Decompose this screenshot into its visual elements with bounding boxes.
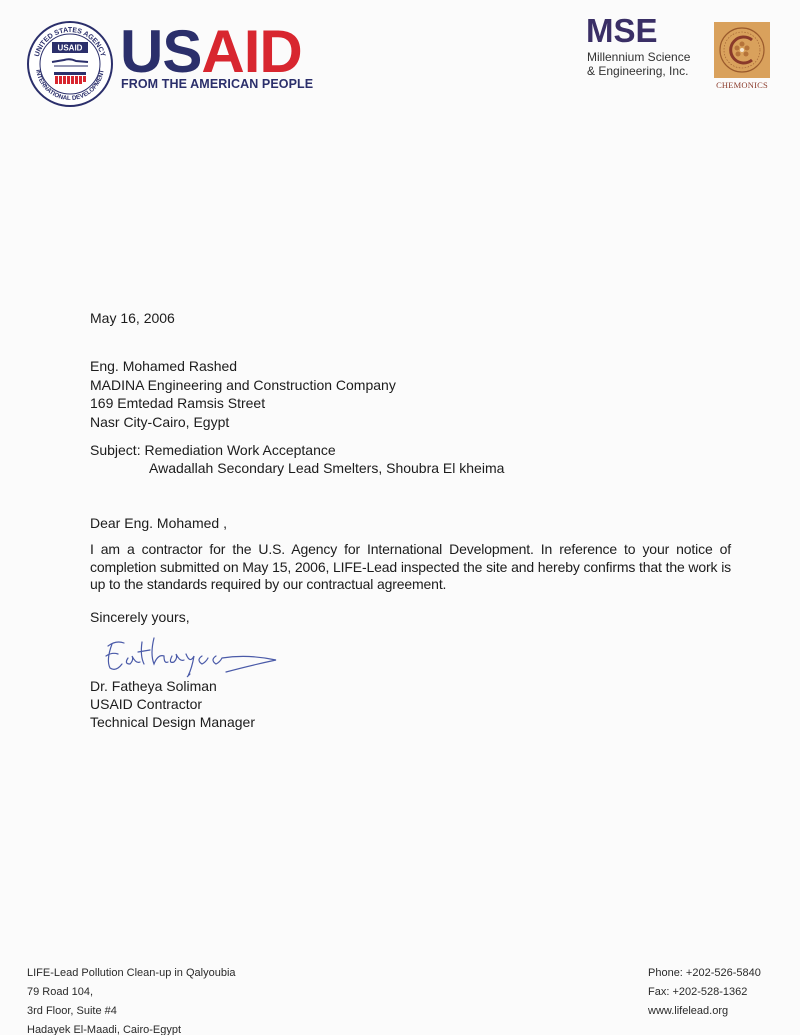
usaid-wordmark: USAID bbox=[120, 22, 302, 82]
usaid-seal-logo: UNITED STATES AGENCY INTERNATIONAL DEVEL… bbox=[26, 20, 114, 108]
footer-address: LIFE-Lead Pollution Clean-up in Qalyoubi… bbox=[27, 964, 236, 1035]
subject-label: Subject: bbox=[90, 442, 141, 458]
footer-org-name: LIFE-Lead Pollution Clean-up in Qalyoubi… bbox=[27, 964, 236, 983]
recipient-company: MADINA Engineering and Construction Comp… bbox=[90, 376, 396, 395]
usaid-tagline: FROM THE AMERICAN PEOPLE bbox=[121, 77, 313, 91]
chemonics-logo-icon bbox=[714, 22, 770, 78]
footer-street: 79 Road 104, bbox=[27, 983, 236, 1002]
signer-block: Dr. Fatheya Soliman USAID Contractor Tec… bbox=[90, 677, 255, 731]
letter-date: May 16, 2006 bbox=[90, 309, 175, 327]
footer-contact: Phone: +202-526-5840 Fax: +202-528-1362 … bbox=[648, 964, 761, 1021]
footer-phone: Phone: +202-526-5840 bbox=[648, 964, 761, 983]
mse-name-line2: & Engineering, Inc. bbox=[587, 64, 688, 78]
mse-wordmark: MSE bbox=[586, 14, 658, 48]
footer-website-link[interactable]: www.lifelead.org bbox=[648, 1002, 761, 1021]
recipient-street: 169 Emtedad Ramsis Street bbox=[90, 394, 396, 413]
mse-name-line1: Millennium Science bbox=[587, 50, 690, 64]
handwritten-signature bbox=[98, 634, 283, 680]
signer-title: Technical Design Manager bbox=[90, 713, 255, 731]
chemonics-name: CHEMONICS bbox=[710, 80, 774, 90]
usaid-wordmark-us: US bbox=[120, 18, 201, 85]
footer-fax: Fax: +202-528-1362 bbox=[648, 983, 761, 1002]
footer-suite: 3rd Floor, Suite #4 bbox=[27, 1002, 236, 1021]
closing: Sincerely yours, bbox=[90, 608, 190, 626]
signer-name: Dr. Fatheya Soliman bbox=[90, 677, 255, 695]
footer-city: Hadayek El-Maadi, Cairo-Egypt bbox=[27, 1021, 236, 1035]
salutation: Dear Eng. Mohamed , bbox=[90, 514, 227, 532]
svg-text:USAID: USAID bbox=[58, 44, 83, 53]
recipient-name: Eng. Mohamed Rashed bbox=[90, 357, 396, 376]
subject-block: Subject: Remediation Work Acceptance Awa… bbox=[90, 441, 504, 477]
recipient-city: Nasr City-Cairo, Egypt bbox=[90, 413, 396, 432]
subject-line1: Remediation Work Acceptance bbox=[144, 442, 335, 458]
signer-role: USAID Contractor bbox=[90, 695, 255, 713]
usaid-wordmark-aid: AID bbox=[201, 18, 301, 85]
subject-line2: Awadallah Secondary Lead Smelters, Shoub… bbox=[90, 459, 504, 477]
recipient-address: Eng. Mohamed Rashed MADINA Engineering a… bbox=[90, 357, 396, 431]
letter-body: I am a contractor for the U.S. Agency fo… bbox=[90, 541, 731, 594]
